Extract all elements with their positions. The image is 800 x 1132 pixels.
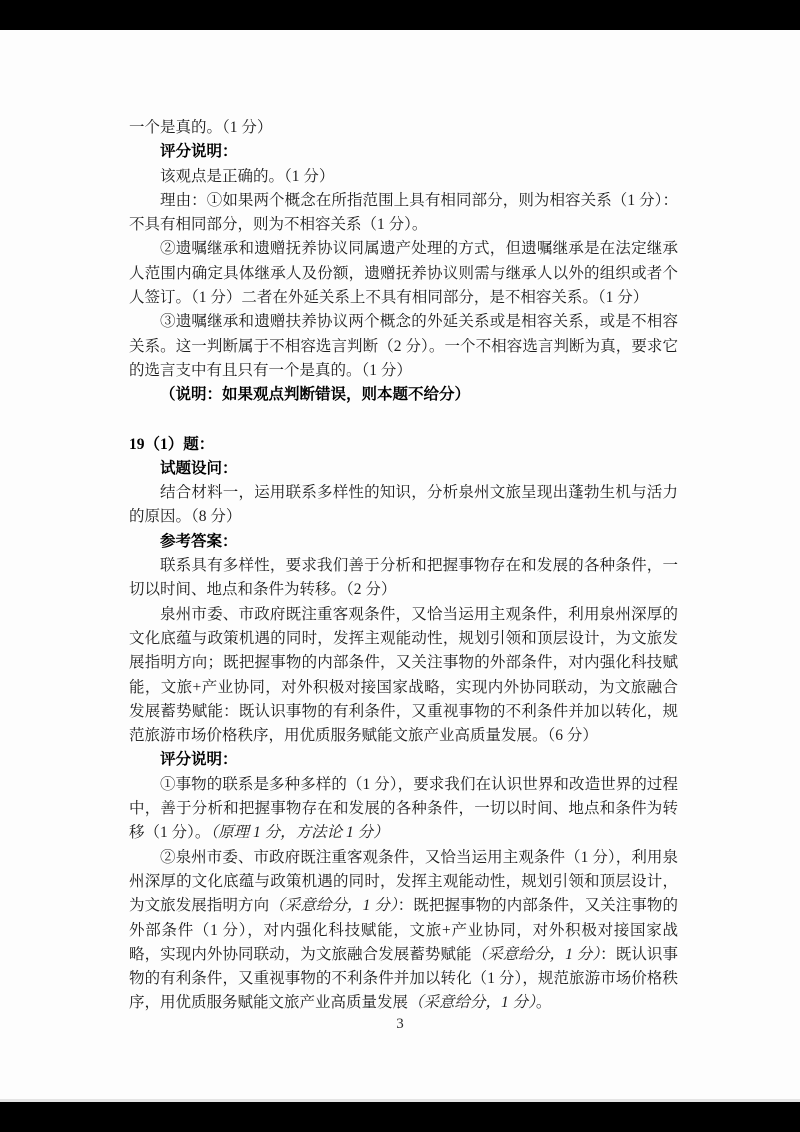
para-reason-2: ②遗嘱继承和遗赠抚养协议同属遗产处理的方式，但遗嘱继承是在法定继承人范围内确定具… xyxy=(129,237,678,310)
text-run: 参考答案： xyxy=(160,533,238,550)
heading-scoring-notes: 评分说明： xyxy=(129,140,678,164)
para-reason-1: 理由：①如果两个概念在所指范围上具有相同部分，则为相容关系（1 分）：不具有相同… xyxy=(129,189,678,238)
para-scoring-detail-2: ②泉州市委、市政府既注重客观条件，又恰当运用主观条件（1 分），利用泉州深厚的文… xyxy=(129,846,678,1016)
text-run: 19（1）题： xyxy=(129,436,214,453)
text-run: 结合材料一，运用联系多样性的知识，分析泉州文旅呈现出蓬勃生机与活力的原因。（8 … xyxy=(129,484,678,525)
kai-annotation: （原理 1 分，方法论 1 分） xyxy=(210,824,388,841)
text-run: ②遗嘱继承和遗赠抚养协议同属遗产处理的方式，但遗嘱继承是在法定继承人范围内确定具… xyxy=(129,240,678,306)
text-run: 评分说明： xyxy=(160,751,238,768)
text-run: 一个是真的。（1 分） xyxy=(129,119,272,136)
bottom-letterbox-bar xyxy=(0,1099,800,1132)
para-answer-point-1: 联系具有多样性，要求我们善于分析和把握事物存在和发展的各种条件，一切以时间、地点… xyxy=(129,554,678,603)
text-run: 理由：①如果两个概念在所指范围上具有相同部分，则为相容关系（1 分）：不具有相同… xyxy=(129,192,678,233)
heading-reference-answer: 参考答案： xyxy=(129,530,678,554)
para-reason-3: ③遗嘱继承和遗赠扶养协议两个概念的外延关系或是相容关系，或是不相容关系。这一判断… xyxy=(129,310,678,383)
kai-annotation: （采意给分，1 分） xyxy=(472,946,601,963)
kai-annotation: （采意给分，1 分） xyxy=(408,994,536,1011)
text-run: 试题设问： xyxy=(160,460,238,477)
para-viewpoint-correct: 该观点是正确的。（1 分） xyxy=(129,165,678,189)
page-number: 3 xyxy=(0,1014,800,1034)
text-run: 。 xyxy=(536,994,552,1011)
text-run: 联系具有多样性，要求我们善于分析和把握事物存在和发展的各种条件，一切以时间、地点… xyxy=(129,557,678,598)
text-run: 泉州市委、市政府既注重客观条件，又恰当运用主观条件，利用泉州深厚的文化底蕴与政策… xyxy=(129,606,678,744)
kai-annotation: （采意给分，1 分） xyxy=(269,897,398,914)
heading-scoring-notes-2: 评分说明： xyxy=(129,748,678,772)
para-answer-point-2: 泉州市委、市政府既注重客观条件，又恰当运用主观条件，利用泉州深厚的文化底蕴与政策… xyxy=(129,603,678,749)
para-answer-continuation: 一个是真的。（1 分） xyxy=(129,116,678,140)
document-page: 一个是真的。（1 分）评分说明：该观点是正确的。（1 分）理由：①如果两个概念在… xyxy=(0,0,800,1132)
top-letterbox-bar xyxy=(0,0,800,30)
text-run: 评分说明： xyxy=(160,143,238,160)
text-run: ③遗嘱继承和遗赠扶养协议两个概念的外延关系或是相容关系，或是不相容关系。这一判断… xyxy=(129,313,678,379)
document-body: 一个是真的。（1 分）评分说明：该观点是正确的。（1 分）理由：①如果两个概念在… xyxy=(129,116,678,1016)
heading-question-prompt: 试题设问： xyxy=(129,457,678,481)
text-run: （说明：如果观点判断错误，则本题不给分） xyxy=(160,386,470,403)
text-run: 该观点是正确的。（1 分） xyxy=(160,168,334,185)
para-scoring-detail-1: ①事物的联系是多种多样的（1 分），要求我们在认识世界和改造世界的过程中，善于分… xyxy=(129,773,678,846)
note-no-credit: （说明：如果观点判断错误，则本题不给分） xyxy=(129,383,678,407)
para-question-text: 结合材料一，运用联系多样性的知识，分析泉州文旅呈现出蓬勃生机与活力的原因。（8 … xyxy=(129,481,678,530)
heading-question-19-1: 19（1）题： xyxy=(129,433,678,457)
